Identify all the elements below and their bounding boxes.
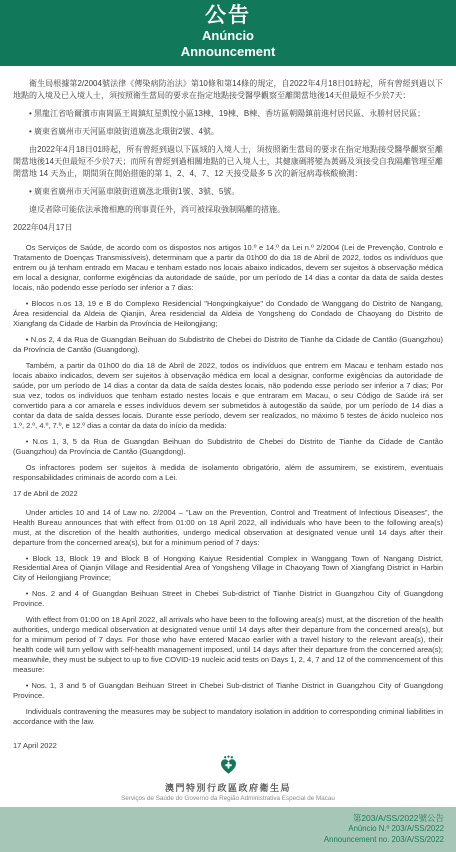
section-english: Under articles 10 and 14 of Law no. 2/20… (13, 508, 443, 751)
zh-bullet-guangzhou-2-4: • 廣東省廣州市天河區車陂街道廣氹北環街2號、4號。 (13, 126, 443, 138)
pt-paragraph-penalty: Os infractores podem ser sujeitos à medi… (13, 463, 443, 483)
zh-bullet-guangzhou-1-3-5: • 廣東省廣州市天河區車陂街道廣氹北環街1號、3號、5號。 (13, 186, 443, 198)
issuer-name-portuguese: Serviços de Saúde do Governo da Região A… (0, 795, 456, 802)
reference-bar: 第203/A/SS/2022號公告 Anúncio N.º 203/A/SS/2… (0, 807, 456, 852)
section-portuguese: Os Serviços de Saúde, de acordo com os d… (13, 243, 443, 498)
pt-bullet-guangzhou-2-4: • N.os 2, 4 da Rua de Guangdan Beihuan d… (13, 335, 443, 355)
en-bullet-guangzhou-1-3-5: • Nos. 1, 3 and 5 of Guangdan Beihuan St… (13, 681, 443, 701)
page-title-chinese: 公告 (0, 4, 456, 28)
issuer-name-chinese: 澳門特別行政區政府衛生局 (0, 781, 456, 794)
en-date: 17 April 2022 (13, 741, 443, 751)
health-bureau-heart-cross-icon (218, 755, 239, 780)
pt-bullet-heilongjiang: • Blocos n.os 13, 19 e B do Complexo Res… (13, 299, 443, 329)
zh-paragraph-yellow-code: 由2022年4月18日01時起，所有曾經到過以下區域的入境人士，須按照衛生當局的… (13, 144, 443, 180)
section-chinese: 衛生局根據第2/2004號法律《傳染病防治法》第10條和第14條的規定，自202… (13, 78, 443, 234)
reference-number-portuguese: Anúncio N.º 203/A/SS/2022 (12, 824, 444, 835)
pt-paragraph-yellow-code: Também, a partir da 01h00 do dia 18 de A… (13, 361, 443, 431)
pt-paragraph-intro: Os Serviços de Saúde, de acordo com os d… (13, 243, 443, 293)
zh-paragraph-penalty: 違反者除可能依法承擔相應的刑事責任外，尚可被採取強制隔離的措施。 (13, 204, 443, 216)
pt-bullet-guangzhou-1-3-5: • N.os 1, 3, 5 da Rua de Guangdan Beihua… (13, 437, 443, 457)
en-paragraph-yellow-code: With effect from 01:00 on 18 April 2022,… (13, 615, 443, 675)
reference-number-chinese: 第203/A/SS/2022號公告 (12, 812, 444, 824)
zh-date: 2022年04月17日 (13, 222, 443, 234)
en-paragraph-penalty: Individuals contravening the measures ma… (13, 707, 443, 727)
pt-date: 17 de Abril de 2022 (13, 489, 443, 499)
en-paragraph-intro: Under articles 10 and 14 of Law no. 2/20… (13, 508, 443, 548)
page-title-portuguese: Anúncio (0, 28, 456, 44)
zh-paragraph-intro: 衛生局根據第2/2004號法律《傳染病防治法》第10條和第14條的規定，自202… (13, 78, 443, 102)
en-bullet-guangzhou-2-4: • Nos. 2 and 4 of Guangdan Beihuan Stree… (13, 589, 443, 609)
issuer-block: 澳門特別行政區政府衛生局 Serviços de Saúde do Govern… (0, 755, 456, 807)
header-banner: 公告 Anúncio Announcement (0, 0, 456, 66)
en-bullet-heilongjiang: • Block 13, Block 19 and Block B of Hong… (13, 554, 443, 584)
announcement-body: 衛生局根據第2/2004號法律《傳染病防治法》第10條和第14條的規定，自202… (0, 66, 456, 755)
announcement-page: 公告 Anúncio Announcement 衛生局根據第2/2004號法律《… (0, 0, 456, 852)
reference-number-english: Announcement no. 203/A/SS/2022 (12, 835, 444, 846)
page-title-english: Announcement (0, 44, 456, 60)
zh-bullet-heilongjiang: • 黑龍江省哈爾濱市南崗區王崗鎮紅星凱悅小區13棟、19棟、B棟、香坊區朝陽鎮前… (13, 108, 443, 120)
